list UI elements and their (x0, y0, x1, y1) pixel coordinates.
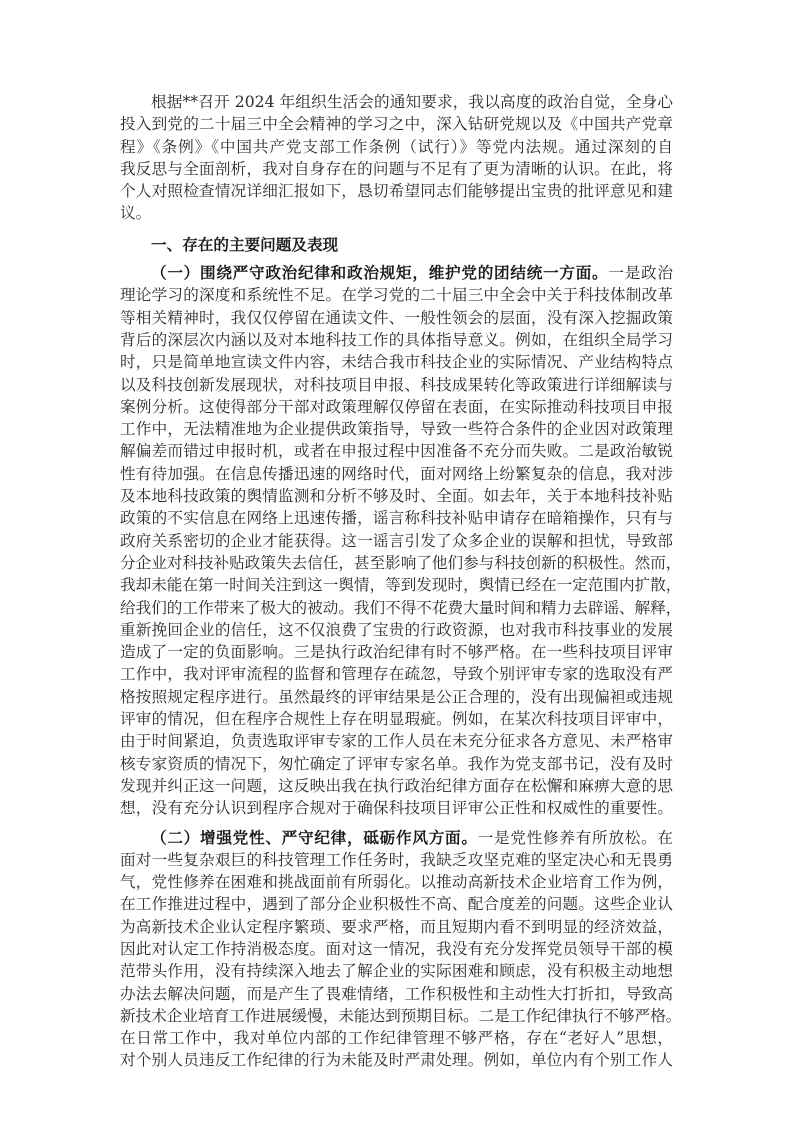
subsection-1-title: （一）围绕严守政治纪律和政治规矩，维护党的团结统一方面。 (151, 264, 608, 282)
subsection-2-first-line-text: 一是党性修养有所放松。在 (478, 829, 673, 847)
paragraph-line: 时，只是简单地宣读文件内容，未结合我市科技企业的实际情况、产业结构特点 (120, 351, 673, 373)
paragraph-line: 性有待加强。在信息传播迅速的网络时代，面对网络上纷繁复杂的信息，我对涉 (120, 463, 673, 485)
subsection-2-first-line: （二）增强党性、严守纪律，砥砺作风方面。一是党性修养有所放松。在 (120, 827, 673, 849)
document-body: 根据**召开 2024 年组织生活会的通知要求，我以高度的政治自觉，全身心 投入… (120, 91, 673, 1072)
intro-line: 议。 (120, 202, 673, 224)
intro-line: 程》《条例》《中国共产党支部工作条例（试行）》等党内法规。通过深刻的自 (120, 136, 673, 158)
subsection-1-first-line: （一）围绕严守政治纪律和政治规矩，维护党的团结统一方面。一是政治 (120, 262, 673, 284)
intro-line: 投入到党的二十届三中全会精神的学习之中，深入钻研党规以及《中国共产党章 (120, 113, 673, 135)
paragraph-line: 分企业对科技补贴政策失去信任，甚至影响了他们参与科技创新的积极性。然而， (120, 552, 673, 574)
paragraph-line: 我却未能在第一时间关注到这一舆情，等到发现时，舆情已经在一定范围内扩散， (120, 574, 673, 596)
intro-paragraph: 根据**召开 2024 年组织生活会的通知要求，我以高度的政治自觉，全身心 投入… (120, 91, 673, 225)
paragraph-line: 等相关精神时，我仅仅停留在通读文件、一般性领会的层面，没有深入挖掘政策 (120, 307, 673, 329)
paragraph-line: 及本地科技政策的舆情监测和分析不够及时、全面。如去年，关于本地科技补贴 (120, 485, 673, 507)
paragraph-line: 气，党性修养在困难和挑战面前有所弱化。以推动高新技术企业培育工作为例， (120, 871, 673, 893)
paragraph-line: 工作中，无法精准地为企业提供政策指导，导致一些符合条件的企业因对政策理 (120, 418, 673, 440)
paragraph-line: 重新挽回企业的信任，这不仅浪费了宝贵的行政资源，也对我市科技事业的发展 (120, 619, 673, 641)
paragraph-gap (120, 820, 673, 827)
paragraph-line: 面对一些复杂艰巨的科技管理工作任务时，我缺乏攻坚克难的坚定决心和无畏勇 (120, 849, 673, 871)
paragraph-line: 范带头作用，没有持续深入地去了解企业的实际困难和顾虑，没有积极主动地想 (120, 960, 673, 982)
section-heading: 一、存在的主要问题及表现 (120, 234, 673, 256)
paragraph-line: 新技术企业培育工作进展缓慢，未能达到预期目标。二是工作纪律执行不够严格。 (120, 1005, 673, 1027)
paragraph-line: 为高新技术企业认定程序繁琐、要求严格，而且短期内看不到明显的经济效益， (120, 916, 673, 938)
paragraph-line: 在工作推进过程中，遇到了部分企业积极性不高、配合度差的问题。这些企业认 (120, 893, 673, 915)
document-page: 根据**召开 2024 年组织生活会的通知要求，我以高度的政治自觉，全身心 投入… (0, 0, 793, 1122)
paragraph-line: 在日常工作中，我对单位内部的工作纪律管理不够严格，存在“老好人”思想， (120, 1027, 673, 1049)
paragraph-line: 政策的不实信息在网络上迅速传播，谣言称科技补贴申请存在暗箱操作，只有与 (120, 507, 673, 529)
paragraph-line: 工作中，我对评审流程的监督和管理存在疏忽，导致个别评审专家的选取没有严 (120, 663, 673, 685)
paragraph-line: 想，没有充分认识到程序合规对于确保科技项目评审公正性和权威性的重要性。 (120, 797, 673, 819)
paragraph-line: 对个别人员违反工作纪律的行为未能及时严肃处理。例如，单位内有个别工作人 (120, 1049, 673, 1071)
subsection-1-first-line-text: 一是政治 (608, 264, 673, 282)
paragraph-line: 由于时间紧迫，负责选取评审专家的工作人员在未充分征求各方意见、未严格审 (120, 730, 673, 752)
paragraph-line: 案例分析。这使得部分干部对政策理解仅停留在表面，在实际推动科技项目申报 (120, 396, 673, 418)
paragraph-line: 造成了一定的负面影响。三是执行政治纪律有时不够严格。在一些科技项目评审 (120, 641, 673, 663)
paragraph-line: 办法去解决问题，而是产生了畏难情绪，工作积极性和主动性大打折扣，导致高 (120, 983, 673, 1005)
subsection-2-title: （二）增强党性、严守纪律，砥砺作风方面。 (151, 829, 478, 847)
paragraph-line: 理论学习的深度和系统性不足。在学习党的二十届三中全会中关于科技体制改革 (120, 284, 673, 306)
intro-line: 我反思与全面剖析，我对自身存在的问题与不足有了更为清晰的认识。在此，将 (120, 158, 673, 180)
paragraph-line: 因此对认定工作持消极态度。面对这一情况，我没有充分发挥党员领导干部的模 (120, 938, 673, 960)
subsection-2-paragraph: （二）增强党性、严守纪律，砥砺作风方面。一是党性修养有所放松。在 面对一些复杂艰… (120, 827, 673, 1072)
subsection-1-paragraph: （一）围绕严守政治纪律和政治规矩，维护党的团结统一方面。一是政治 理论学习的深度… (120, 262, 673, 819)
paragraph-line: 背后的深层次内涵以及对本地科技工作的具体指导意义。例如，在组织全局学习 (120, 329, 673, 351)
paragraph-line: 以及科技创新发展现状，对科技项目申报、科技成果转化等政策进行详细解读与 (120, 374, 673, 396)
paragraph-line: 给我们的工作带来了极大的被动。我们不得不花费大量时间和精力去辟谣、解释， (120, 597, 673, 619)
paragraph-line: 核专家资质的情况下，匆忙确定了评审专家名单。我作为党支部书记，没有及时 (120, 753, 673, 775)
paragraph-line: 政府关系密切的企业才能获得。这一谣言引发了众多企业的误解和担忧，导致部 (120, 530, 673, 552)
intro-line: 根据**召开 2024 年组织生活会的通知要求，我以高度的政治自觉，全身心 (120, 91, 673, 113)
intro-line: 个人对照检查情况详细汇报如下，恳切希望同志们能够提出宝贵的批评意见和建 (120, 180, 673, 202)
paragraph-line: 解偏差而错过申报时机，或者在申报过程中因准备不充分而失败。二是政治敏锐 (120, 440, 673, 462)
paragraph-line: 格按照规定程序进行。虽然最终的评审结果是公正合理的，没有出现偏袒或违规 (120, 686, 673, 708)
paragraph-line: 发现并纠正这一问题，这反映出我在执行政治纪律方面存在松懈和麻痹大意的思 (120, 775, 673, 797)
paragraph-line: 评审的情况，但在程序合规性上存在明显瑕疵。例如，在某次科技项目评审中， (120, 708, 673, 730)
